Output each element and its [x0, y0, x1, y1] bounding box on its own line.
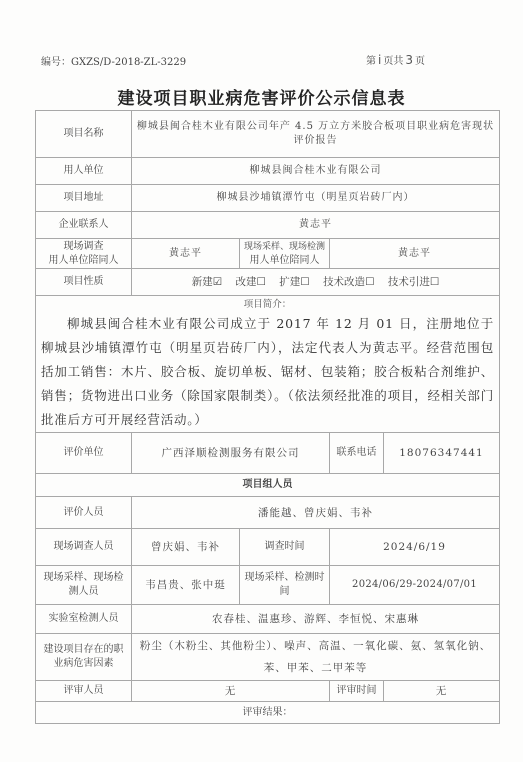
team-section-heading: 项目组人员: [36, 474, 500, 497]
phone-label: 联系电话: [330, 433, 384, 474]
evaluator-value: 广西泽顺检测服务有限公司: [132, 433, 330, 474]
row-team-section: 项目组人员: [36, 474, 500, 497]
row-hazards: 建设项目存在的职业病危害因素 粉尘（木粉尘、其他粉尘）、噪声、高温、一氧化碳、氨…: [36, 634, 500, 681]
site-survey-label: 现场调查人员: [36, 529, 132, 566]
row-site-survey: 现场调查人员 曾庆娟、韦补 调查时间 2024/6/19: [36, 529, 500, 566]
row-survey-companion: 现场调查 用人单位陪同人 黄志平 现场采样、现场检测 用人单位陪同人 黄志平: [36, 239, 500, 269]
survey-companion-label-line1: 现场调查: [40, 240, 127, 254]
row-intro: 项目简介： 柳城县闽合桂木业有限公司成立于 2017 年 12 月 01 日，注…: [36, 296, 500, 433]
review-time-label: 评审时间: [330, 681, 384, 702]
row-evaluator: 评价单位 广西泽顺检测服务有限公司 联系电话 18076347441: [36, 433, 500, 474]
sampling-time-value: 2024/06/29-2024/07/01: [330, 566, 500, 605]
site-survey-time-label: 调查时间: [240, 529, 330, 566]
review-label: 评审人员: [36, 681, 132, 702]
survey-companion-label: 现场调查 用人单位陪同人: [36, 239, 132, 269]
intro-label: 项目简介：: [41, 296, 494, 312]
result-label: 评审结果：: [36, 702, 500, 724]
page-indicator: 第i页共3页: [366, 52, 425, 67]
sampling-companion-value: 黄志平: [330, 239, 500, 269]
document-code-value: GXZS/D-2018-ZL-3229: [71, 57, 186, 68]
intro-cell: 项目简介： 柳城县闽合桂木业有限公司成立于 2017 年 12 月 01 日，注…: [36, 296, 500, 433]
row-evaluators: 评价人员 潘能越、曾庆娟、韦补: [36, 497, 500, 529]
nature-option-new-label: 新建: [192, 276, 213, 288]
contact-label: 企业联系人: [36, 212, 132, 239]
row-review: 评审人员 无 评审时间 无: [36, 681, 500, 702]
row-contact: 企业联系人 黄志平: [36, 212, 500, 239]
address-value: 柳城县沙埔镇潭竹屯（明星页岩砖厂内）: [132, 185, 500, 212]
sampling-value: 韦昌贵、张中珽: [132, 566, 240, 605]
document-code-label: 编号：: [41, 57, 71, 68]
page-total: 3: [405, 53, 413, 67]
lab-label: 实验室检测人员: [36, 605, 132, 634]
project-name-label: 项目名称: [36, 111, 132, 158]
nature-option-rebuild-label: 改建: [236, 276, 257, 288]
hazards-label: 建设项目存在的职业病危害因素: [36, 634, 132, 681]
phone-value: 18076347441: [384, 433, 500, 474]
info-table: 项目名称 柳城县闽合桂木业有限公司年产 4.5 万立方米胶合板项目职业病危害现状…: [35, 110, 500, 724]
nature-option-new[interactable]: 新建☑: [192, 275, 222, 289]
sampling-label: 现场采样、现场检测人员: [36, 566, 132, 605]
document-code: 编号：GXZS/D-2018-ZL-3229: [41, 53, 186, 68]
page-suffix: 页: [415, 56, 425, 67]
checkbox-empty-icon[interactable]: ☐: [365, 276, 374, 288]
nature-option-tech-upgrade[interactable]: 技术改造☐: [323, 275, 374, 289]
nature-options: 新建☑ 改建☐ 扩建☐ 技术改造☐ 技术引进☐: [132, 269, 500, 296]
employer-value: 柳城县闽合桂木业有限公司: [132, 158, 500, 185]
page-current: i: [378, 53, 381, 67]
row-project-name: 项目名称 柳城县闽合桂木业有限公司年产 4.5 万立方米胶合板项目职业病危害现状…: [36, 111, 500, 158]
row-sampling: 现场采样、现场检测人员 韦昌贵、张中珽 现场采样、检测时间 2024/06/29…: [36, 566, 500, 605]
page-prefix: 第: [366, 56, 376, 67]
address-label: 项目地址: [36, 185, 132, 212]
nature-label: 项目性质: [36, 269, 132, 296]
nature-option-expand[interactable]: 扩建☐: [279, 275, 309, 289]
evaluators-value: 潘能越、曾庆娟、韦补: [132, 497, 500, 529]
row-employer: 用人单位 柳城县闽合桂木业有限公司: [36, 158, 500, 185]
review-time-value: 无: [384, 681, 500, 702]
row-nature: 项目性质 新建☑ 改建☐ 扩建☐ 技术改造☐ 技术引进☐: [36, 269, 500, 296]
survey-companion-value: 黄志平: [132, 239, 240, 269]
row-address: 项目地址 柳城县沙埔镇潭竹屯（明星页岩砖厂内）: [36, 185, 500, 212]
nature-option-rebuild[interactable]: 改建☐: [236, 275, 266, 289]
checkbox-empty-icon[interactable]: ☐: [300, 276, 309, 288]
contact-value: 黄志平: [132, 212, 500, 239]
nature-option-tech-upgrade-label: 技术改造: [323, 276, 365, 288]
project-name-value: 柳城县闽合桂木业有限公司年产 4.5 万立方米胶合板项目职业病危害现状评价报告: [132, 111, 500, 158]
sampling-companion-label: 现场采样、现场检测 用人单位陪同人: [240, 239, 330, 269]
row-lab: 实验室检测人员 农春桂、温惠珍、游辉、李恒悦、宋惠琳: [36, 605, 500, 634]
sampling-companion-label-line2: 用人单位陪同人: [244, 254, 325, 268]
evaluator-label: 评价单位: [36, 433, 132, 474]
lab-value: 农春桂、温惠珍、游辉、李恒悦、宋惠琳: [132, 605, 500, 634]
checkbox-empty-icon[interactable]: ☐: [430, 276, 439, 288]
hazards-value: 粉尘（木粉尘、其他粉尘）、噪声、高温、一氧化碳、氨、氢氧化钠、苯、甲苯、二甲苯等: [132, 634, 500, 681]
site-survey-value: 曾庆娟、韦补: [132, 529, 240, 566]
nature-option-expand-label: 扩建: [279, 276, 300, 288]
checkbox-empty-icon[interactable]: ☐: [257, 276, 266, 288]
page-title: 建设项目职业病危害评价公示信息表: [0, 84, 523, 109]
page-mid: 页共: [383, 56, 403, 67]
intro-text: 柳城县闽合桂木业有限公司成立于 2017 年 12 月 01 日，注册地位于柳城…: [41, 312, 494, 432]
sampling-time-label: 现场采样、检测时间: [240, 566, 330, 605]
sampling-companion-label-line1: 现场采样、现场检测: [244, 240, 325, 254]
employer-label: 用人单位: [36, 158, 132, 185]
evaluators-label: 评价人员: [36, 497, 132, 529]
nature-option-tech-import[interactable]: 技术引进☐: [388, 275, 439, 289]
row-result: 评审结果：: [36, 702, 500, 724]
checkbox-checked-icon[interactable]: ☑: [213, 276, 222, 288]
survey-companion-label-line2: 用人单位陪同人: [40, 254, 127, 268]
review-value: 无: [132, 681, 330, 702]
nature-option-tech-import-label: 技术引进: [388, 276, 430, 288]
site-survey-time-value: 2024/6/19: [330, 529, 500, 566]
